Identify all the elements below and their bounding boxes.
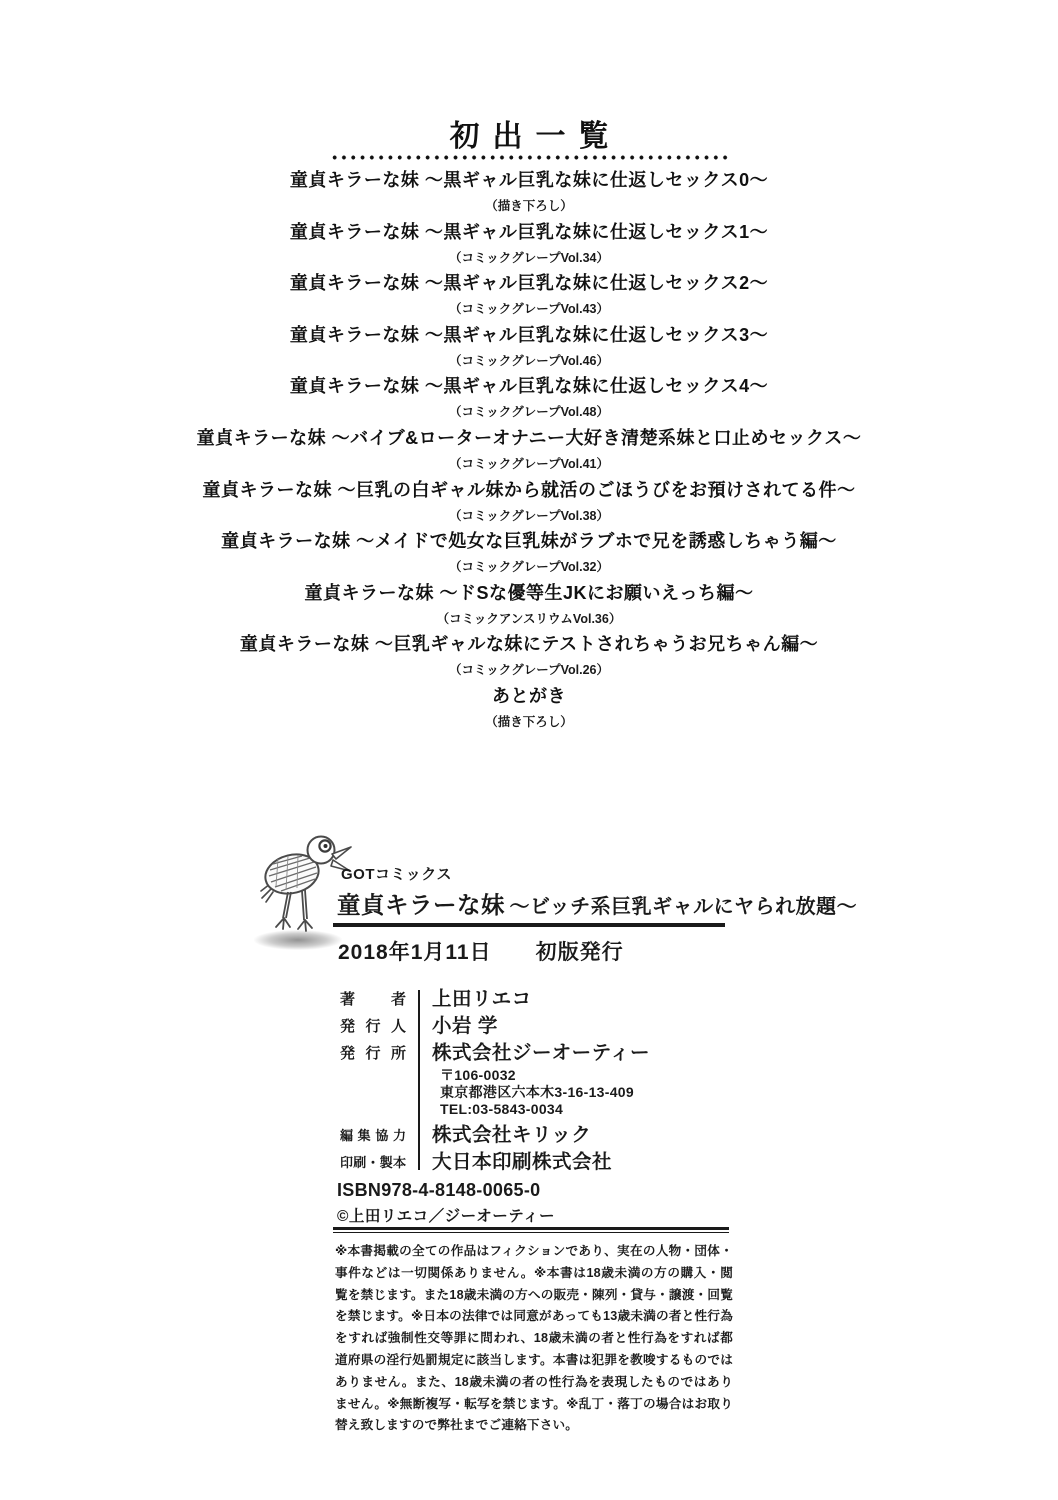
entry-source: （コミックグレープVol.32）	[0, 556, 1058, 578]
colophon-value: 株式会社キリック	[432, 1122, 591, 1149]
publication-entry: あとがき （描き下ろし）	[0, 682, 1058, 734]
entry-title: 童貞キラーな妹 ～黒ギャル巨乳な妹に仕返しセックス4～	[0, 372, 1058, 401]
colophon-value-cell: 株式会社ジーオーティー 〒106-0032東京都港区六本木3-16-13-409…	[406, 1040, 650, 1122]
book-title-line: 童貞キラーな妹 ～ビッチ系巨乳ギャルにヤられ放題～	[337, 886, 857, 920]
colophon-value: 株式会社ジーオーティー	[432, 1040, 650, 1067]
entry-source: （描き下ろし）	[0, 195, 1058, 217]
entry-source: （コミックグレープVol.34）	[0, 247, 1058, 269]
disclaimer-text: ※本書掲載の全ての作品はフィクションであり、実在の人物・団体・事件などは一切関係…	[335, 1241, 733, 1437]
entry-title: 童貞キラーな妹 ～バイブ&ローターオナニー大好き清楚系妹と口止めセックス～	[0, 424, 1058, 453]
publication-entry: 童貞キラーな妹 ～ドSな優等生JKにお願いえっち編～ （コミックアンスリウムVo…	[0, 579, 1058, 631]
address-line: 〒106-0032	[440, 1067, 650, 1084]
entry-title: 童貞キラーな妹 ～ドSな優等生JKにお願いえっち編～	[0, 579, 1058, 608]
colophon-row: 編集協力 株式会社キリック	[340, 1122, 780, 1149]
colophon-value: 大日本印刷株式会社	[432, 1149, 612, 1176]
publication-entry: 童貞キラーな妹 ～黒ギャル巨乳な妹に仕返しセックス4～ （コミックグレープVol…	[0, 372, 1058, 424]
entry-source: （コミックグレープVol.43）	[0, 298, 1058, 320]
publication-entry: 童貞キラーな妹 ～黒ギャル巨乳な妹に仕返しセックス1～ （コミックグレープVol…	[0, 218, 1058, 270]
colophon-row: 発行人 小岩 学	[340, 1013, 780, 1040]
dotted-divider	[330, 155, 728, 160]
entry-title: 童貞キラーな妹 ～黒ギャル巨乳な妹に仕返しセックス3～	[0, 321, 1058, 350]
publication-entry: 童貞キラーな妹 ～黒ギャル巨乳な妹に仕返しセックス0～ （描き下ろし）	[0, 166, 1058, 218]
colophon-label: 編集協力	[340, 1122, 406, 1149]
colophon-label: 発行所	[340, 1040, 406, 1067]
publication-entry: 童貞キラーな妹 ～巨乳ギャルな妹にテストされちゃうお兄ちゃん編～ （コミックグレ…	[0, 630, 1058, 682]
entry-title: 童貞キラーな妹 ～メイドで処女な巨乳妹がラブホで兄を誘惑しちゃう編～	[0, 527, 1058, 556]
colophon-label: 著者	[340, 986, 406, 1013]
entry-title: あとがき	[0, 682, 1058, 711]
publication-entry: 童貞キラーな妹 ～バイブ&ローターオナニー大好き清楚系妹と口止めセックス～ （コ…	[0, 424, 1058, 476]
address-line: TEL:03-5843-0034	[440, 1101, 650, 1118]
title-double-underline	[333, 923, 725, 927]
entry-title: 童貞キラーな妹 ～黒ギャル巨乳な妹に仕返しセックス0～	[0, 166, 1058, 195]
entry-source: （コミックアンスリウムVol.36）	[0, 608, 1058, 630]
colophon-value-cell: 大日本印刷株式会社	[406, 1149, 612, 1176]
disclaimer-divider	[333, 1227, 729, 1233]
logo-shadow	[254, 930, 342, 950]
entry-source: （コミックグレープVol.26）	[0, 659, 1058, 681]
entry-title: 童貞キラーな妹 ～巨乳ギャルな妹にテストされちゃうお兄ちゃん編～	[0, 630, 1058, 659]
page-title: 初出一覧	[0, 111, 1058, 155]
colophon-value: 小岩 学	[432, 1013, 498, 1040]
colophon-table: 著者 上田リエコ 発行人 小岩 学 発行所 株式会社ジーオーティー 〒106-0…	[340, 986, 780, 1176]
publication-list: 童貞キラーな妹 ～黒ギャル巨乳な妹に仕返しセックス0～ （描き下ろし） 童貞キラ…	[0, 166, 1058, 734]
colophon-value-cell: 小岩 学	[406, 1013, 498, 1040]
publication-entry: 童貞キラーな妹 ～メイドで処女な巨乳妹がラブホで兄を誘惑しちゃう編～ （コミック…	[0, 527, 1058, 579]
book-subtitle: ～ビッチ系巨乳ギャルにヤられ放題～	[509, 896, 857, 918]
colophon-row: 発行所 株式会社ジーオーティー 〒106-0032東京都港区六本木3-16-13…	[340, 1040, 780, 1122]
address-line: 東京都港区六本木3-16-13-409	[440, 1084, 650, 1101]
entry-title: 童貞キラーな妹 ～巨乳の白ギャル妹から就活のごほうびをお預けされてる件～	[0, 476, 1058, 505]
publication-entry: 童貞キラーな妹 ～巨乳の白ギャル妹から就活のごほうびをお預けされてる件～ （コミ…	[0, 476, 1058, 528]
colophon-value-cell: 上田リエコ	[406, 986, 532, 1013]
book-title: 童貞キラーな妹	[337, 892, 505, 918]
colophon-label: 発行人	[340, 1013, 406, 1040]
publisher-address: 〒106-0032東京都港区六本木3-16-13-409TEL:03-5843-…	[432, 1067, 650, 1122]
entry-source: （コミックグレープVol.46）	[0, 350, 1058, 372]
colophon-row: 著者 上田リエコ	[340, 986, 780, 1013]
publication-entry: 童貞キラーな妹 ～黒ギャル巨乳な妹に仕返しセックス3～ （コミックグレープVol…	[0, 321, 1058, 373]
edition-date: 2018年1月11日 初版発行	[338, 936, 624, 966]
entry-title: 童貞キラーな妹 ～黒ギャル巨乳な妹に仕返しセックス2～	[0, 269, 1058, 298]
colophon-row: 印刷・製本 大日本印刷株式会社	[340, 1149, 780, 1176]
entry-source: （コミックグレープVol.41）	[0, 453, 1058, 475]
series-label: GOTコミックス	[341, 863, 452, 884]
copyright-line: ©上田リエコ／ジーオーティー	[337, 1204, 555, 1226]
isbn: ISBN978-4-8148-0065-0	[337, 1180, 540, 1201]
colophon-value-cell: 株式会社キリック	[406, 1122, 591, 1149]
colophon-value: 上田リエコ	[432, 986, 532, 1013]
colophon-label: 印刷・製本	[340, 1149, 406, 1176]
entry-source: （コミックグレープVol.38）	[0, 505, 1058, 527]
entry-source: （コミックグレープVol.48）	[0, 401, 1058, 423]
entry-title: 童貞キラーな妹 ～黒ギャル巨乳な妹に仕返しセックス1～	[0, 218, 1058, 247]
entry-source: （描き下ろし）	[0, 711, 1058, 733]
publication-entry: 童貞キラーな妹 ～黒ギャル巨乳な妹に仕返しセックス2～ （コミックグレープVol…	[0, 269, 1058, 321]
colophon-page: 初出一覧 童貞キラーな妹 ～黒ギャル巨乳な妹に仕返しセックス0～ （描き下ろし）…	[0, 0, 1058, 1500]
